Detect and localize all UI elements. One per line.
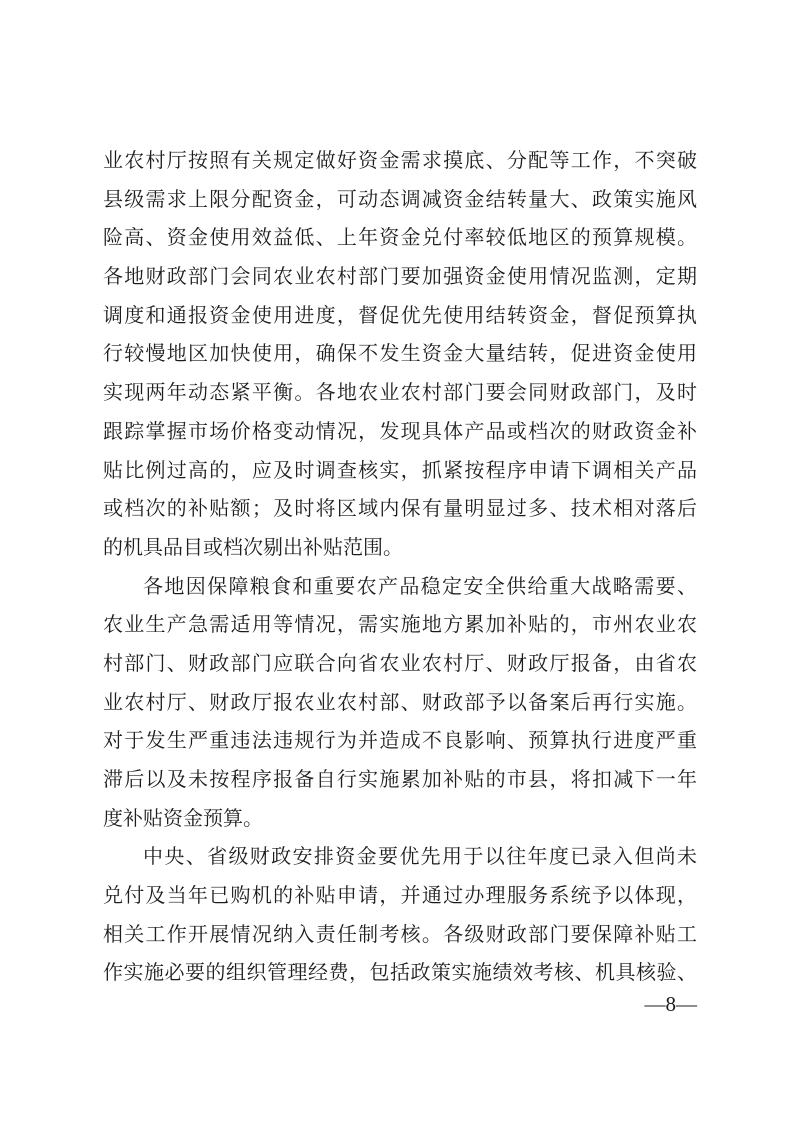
paragraph: 中央、省级财政安排资金要优先用于以往年度已录入但尚未兑付及当年已购机的补贴申请，…	[103, 838, 697, 993]
text-line: 村部门、财政部门应联合向省农业农村厅、财政厅报备，由省农	[103, 645, 697, 684]
paragraph: 各地因保障粮食和重要农产品稳定安全供给重大战略需要、农业生产急需适用等情况，需实…	[103, 568, 697, 839]
text-line: 中央、省级财政安排资金要优先用于以往年度已录入但尚未	[103, 838, 697, 877]
text-line: 的机具品目或档次剔出补贴范围。	[103, 529, 697, 568]
text-line: 农业生产急需适用等情况，需实施地方累加补贴的，市州农业农	[103, 606, 697, 645]
document-page: 业农村厅按照有关规定做好资金需求摸底、分配等工作，不突破县级需求上限分配资金，可…	[0, 0, 793, 1122]
text-line: 险高、资金使用效益低、上年资金兑付率较低地区的预算规模。	[103, 219, 697, 258]
text-line: 度补贴资金预算。	[103, 800, 697, 839]
paragraph: 业农村厅按照有关规定做好资金需求摸底、分配等工作，不突破县级需求上限分配资金，可…	[103, 142, 697, 568]
text-line: 相关工作开展情况纳入责任制考核。各级财政部门要保障补贴工	[103, 916, 697, 955]
text-line: 各地财政部门会同农业农村部门要加强资金使用情况监测，定期	[103, 258, 697, 297]
text-block: 业农村厅按照有关规定做好资金需求摸底、分配等工作，不突破县级需求上限分配资金，可…	[103, 142, 697, 993]
text-line: 对于发生严重违法违规行为并造成不良影响、预算执行进度严重	[103, 722, 697, 761]
text-line: 作实施必要的组织管理经费，包括政策实施绩效考核、机具核验、	[103, 954, 697, 993]
text-line: 跟踪掌握市场价格变动情况，发现具体产品或档次的财政资金补	[103, 413, 697, 452]
text-line: 行较慢地区加快使用，确保不发生资金大量结转，促进资金使用	[103, 335, 697, 374]
text-line: 各地因保障粮食和重要农产品稳定安全供给重大战略需要、	[103, 568, 697, 607]
text-line: 滞后以及未按程序报备自行实施累加补贴的市县，将扣减下一年	[103, 761, 697, 800]
text-line: 或档次的补贴额；及时将区域内保有量明显过多、技术相对落后	[103, 490, 697, 529]
text-line: 业农村厅、财政厅报农业农村部、财政部予以备案后再行实施。	[103, 684, 697, 723]
text-line: 贴比例过高的，应及时调查核实，抓紧按程序申请下调相关产品	[103, 452, 697, 491]
text-line: 县级需求上限分配资金，可动态调减资金结转量大、政策实施风	[103, 181, 697, 220]
text-line: 业农村厅按照有关规定做好资金需求摸底、分配等工作，不突破	[103, 142, 697, 181]
text-line: 调度和通报资金使用进度，督促优先使用结转资金，督促预算执	[103, 297, 697, 336]
text-line: 实现两年动态紧平衡。各地农业农村部门要会同财政部门，及时	[103, 374, 697, 413]
page-number: —8—	[645, 992, 698, 1016]
text-line: 兑付及当年已购机的补贴申请，并通过办理服务系统予以体现，	[103, 877, 697, 916]
